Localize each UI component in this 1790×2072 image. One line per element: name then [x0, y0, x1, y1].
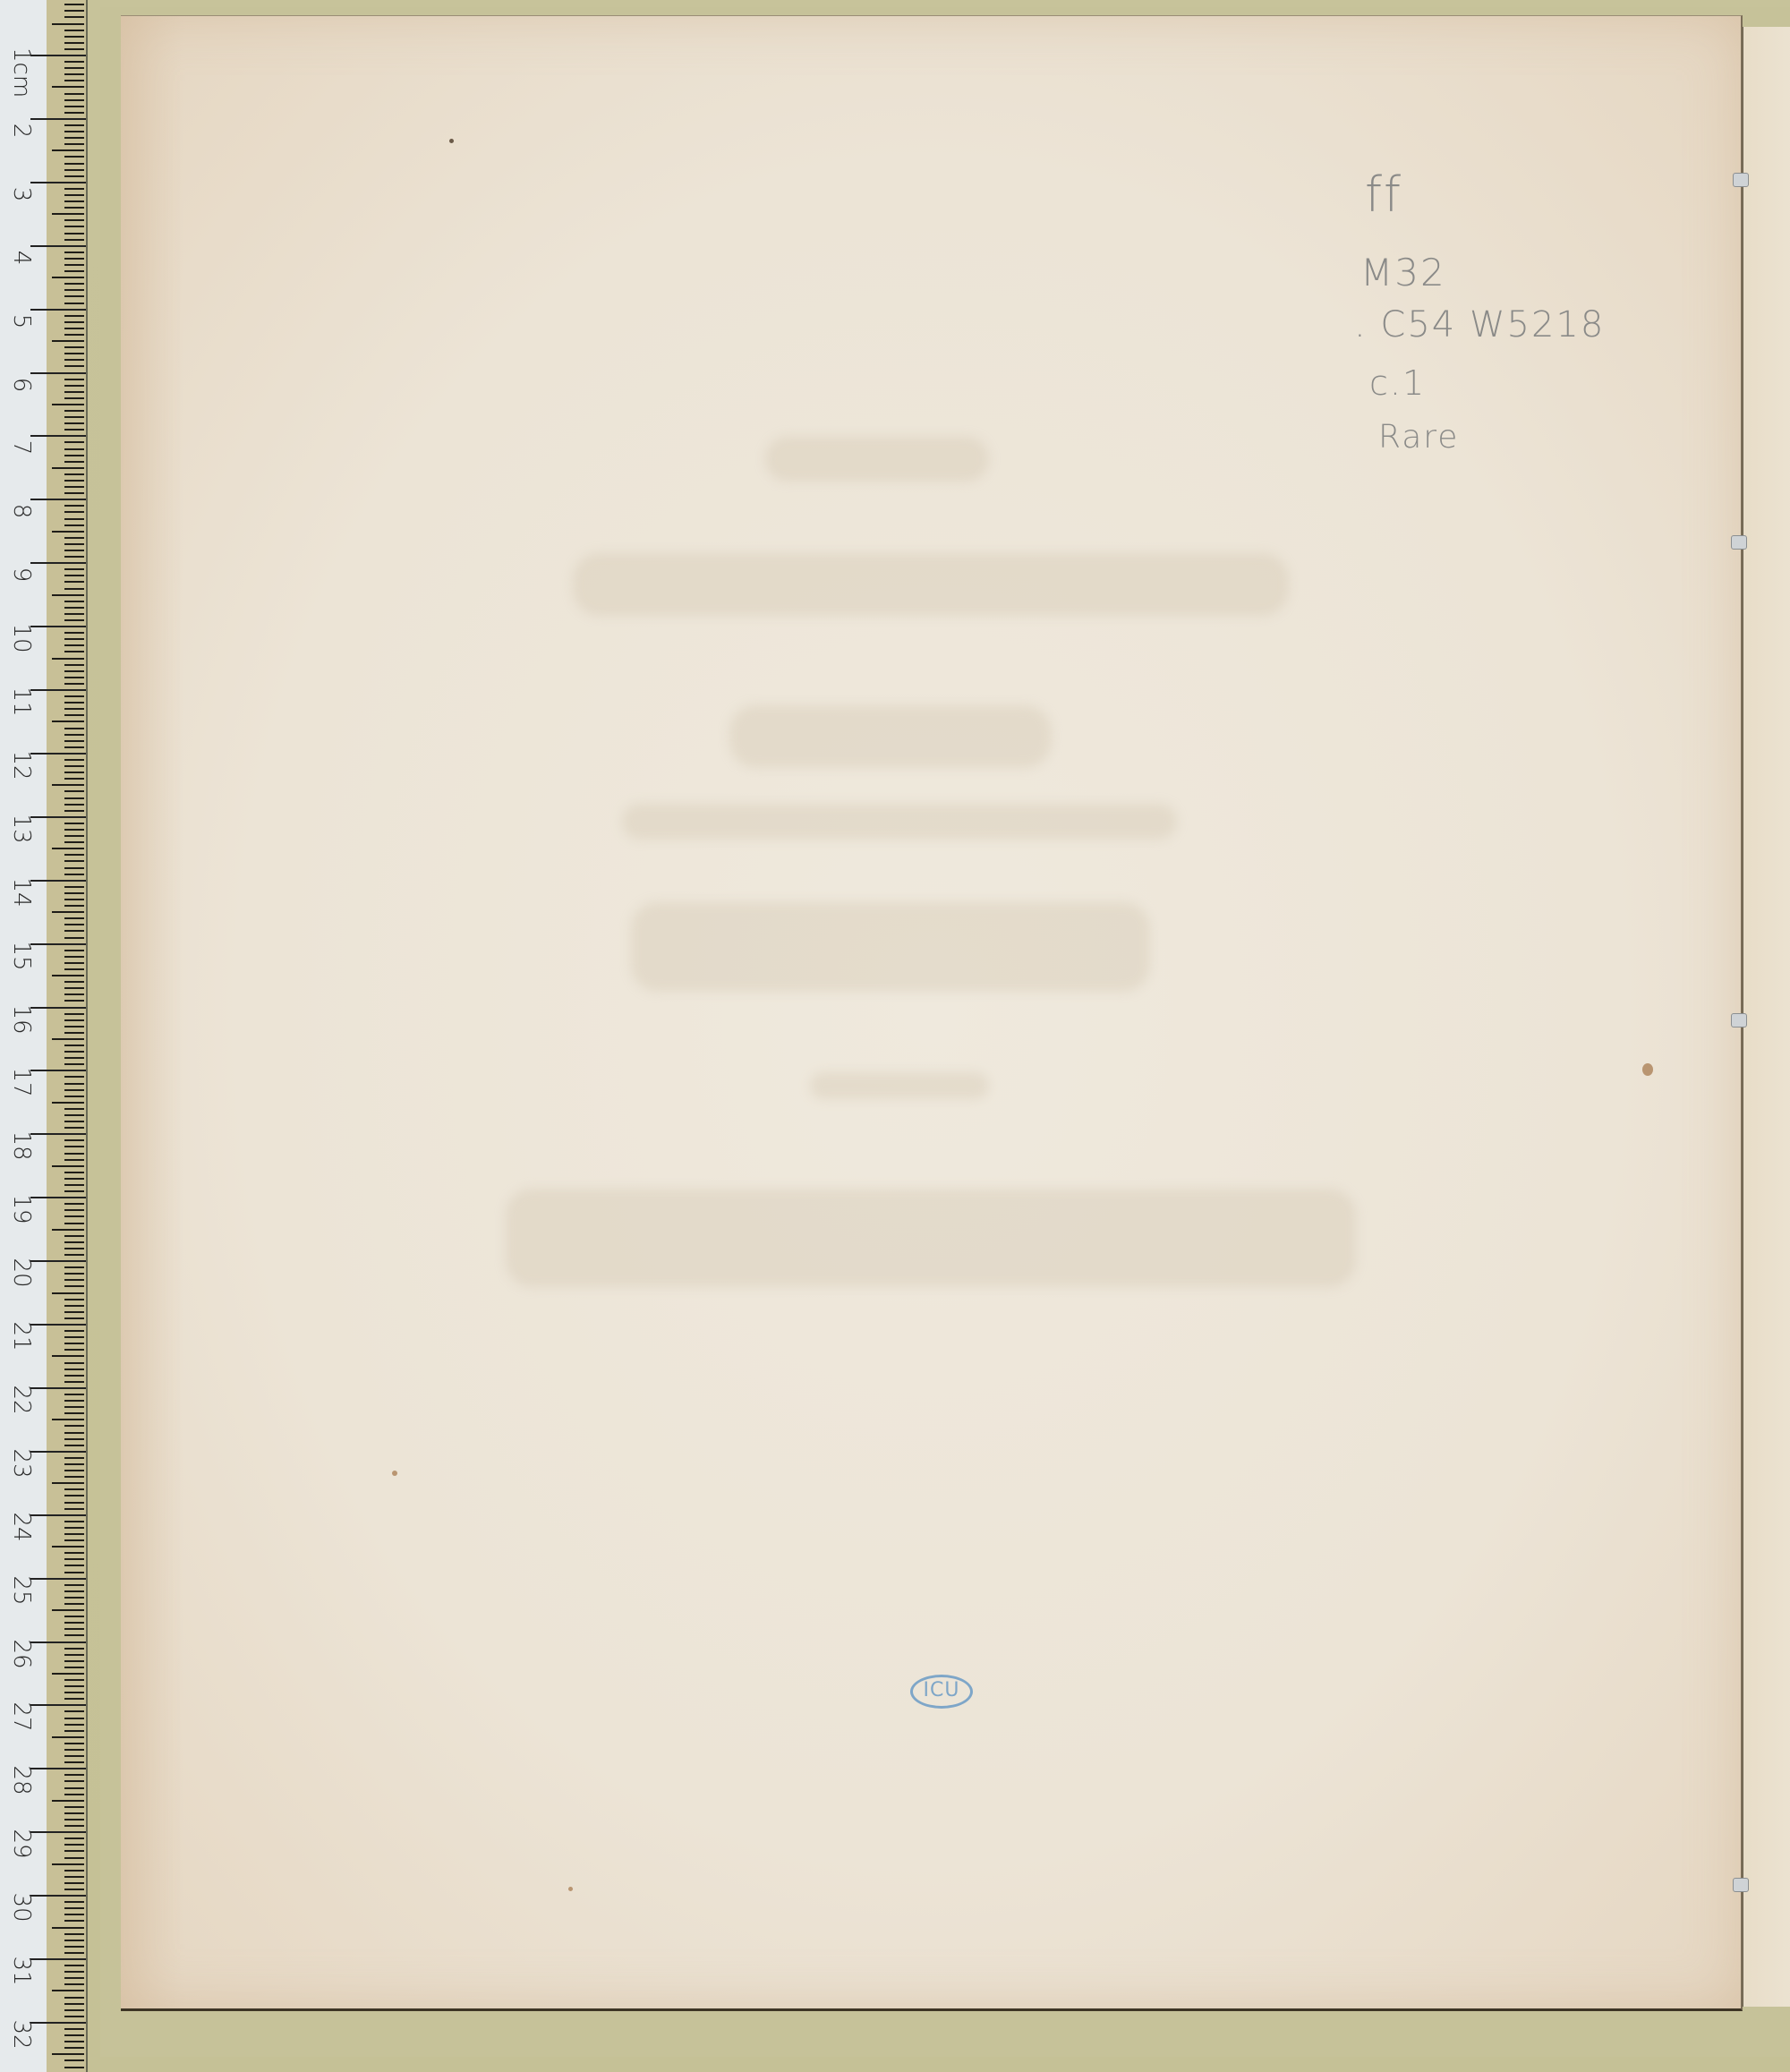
ruler-tick: [64, 702, 84, 703]
ruler-tick: [64, 1502, 84, 1504]
ruler-tick: [64, 1622, 84, 1624]
library-stamp: ICU: [910, 1675, 973, 1709]
ruler-tick: [64, 993, 84, 995]
ruler-tick: [30, 118, 86, 120]
ruler-tick: [64, 505, 84, 507]
ruler-tick: [64, 2067, 84, 2068]
ruler-tick: [52, 784, 84, 786]
ruler-tick: [52, 467, 84, 469]
ruler-tick: [64, 1667, 84, 1668]
ruler-tick: [64, 835, 84, 837]
ruler-tick: [64, 924, 84, 925]
ruler-tick: [64, 480, 84, 482]
ruler-label: 19: [8, 1189, 35, 1229]
ruler-tick: [64, 746, 84, 748]
ruler-tick: [64, 1203, 84, 1205]
ruler-tick: [64, 1343, 84, 1344]
ruler-label: 25: [8, 1571, 35, 1610]
ruler-tick: [30, 1007, 86, 1009]
ruler-tick: [64, 258, 84, 260]
ruler-tick: [64, 1794, 84, 1795]
ruler-tick: [64, 1051, 84, 1053]
ruler-tick: [64, 137, 84, 139]
ruler-tick: [64, 429, 84, 431]
ruler-tick: [52, 2053, 84, 2055]
foxing-spot: [392, 1471, 397, 1476]
ruler-label: 23: [8, 1444, 35, 1483]
ruler-tick: [30, 372, 86, 374]
ruler-tick: [64, 1940, 84, 1941]
ruler-tick: [64, 1806, 84, 1808]
ruler-tick: [64, 1178, 84, 1180]
ruler-tick: [64, 1761, 84, 1763]
ruler-tick: [64, 1305, 84, 1307]
ruler-tick: [64, 1692, 84, 1693]
ruler-tick: [64, 1279, 84, 1281]
ruler-tick: [64, 778, 84, 780]
ruler-label: 24: [8, 1507, 35, 1547]
ruler-label: 15: [8, 936, 35, 976]
ruler-tick: [52, 23, 84, 25]
ruler-tick: [64, 106, 84, 107]
ruler-tick: [64, 1330, 84, 1332]
ruler-tick: [64, 619, 84, 621]
ruler-tick: [52, 1927, 84, 1929]
ruler-tick: [64, 455, 84, 456]
ruler-tick: [64, 61, 84, 63]
ruler-tick: [52, 1165, 84, 1167]
ruler-tick: [64, 810, 84, 812]
ruler-tick: [64, 968, 84, 970]
ruler-tick: [64, 1882, 84, 1884]
ruler-label: 31: [8, 1951, 35, 1991]
ruler-tick: [64, 759, 84, 761]
ruler-tick: [30, 1895, 86, 1897]
ruler-tick: [30, 1704, 86, 1706]
ruler-tick: [64, 1032, 84, 1034]
ruler-tick: [64, 391, 84, 393]
ruler-tick: [64, 1914, 84, 1915]
ruler-tick: [64, 1654, 84, 1656]
ruler-tick: [52, 1800, 84, 1802]
ruler-label: 3: [8, 175, 35, 214]
ruler-tick: [64, 1997, 84, 1999]
ruler-tick: [52, 721, 84, 722]
ruler-tick: [52, 658, 84, 660]
ruler-tick: [64, 1254, 84, 1256]
ruler-tick: [64, 790, 84, 792]
ruler-tick: [30, 309, 86, 311]
ruler-tick: [64, 2041, 84, 2042]
ruler-tick: [64, 131, 84, 132]
ruler-tick: [52, 1673, 84, 1675]
ruler-tick: [64, 797, 84, 799]
ruler-tick: [64, 1660, 84, 1662]
ruler-tick: [64, 1114, 84, 1116]
ruler-tick: [30, 1451, 86, 1453]
ruler-tick: [64, 1857, 84, 1859]
adjacent-page-edge: [1742, 27, 1790, 2007]
ruler-tick: [64, 899, 84, 900]
ruler-tick: [64, 1572, 84, 1573]
ruler-tick: [64, 93, 84, 95]
ruler-tick: [64, 385, 84, 387]
ruler-tick: [64, 1045, 84, 1046]
ruler-label: 26: [8, 1634, 35, 1674]
ruler-tick: [64, 169, 84, 171]
ruler-tick: [64, 321, 84, 323]
ruler-tick: [64, 1000, 84, 1002]
ruler-tick: [64, 1552, 84, 1554]
ruler-tick: [30, 1197, 86, 1198]
ruler-tick: [64, 1127, 84, 1129]
ruler-tick: [64, 422, 84, 424]
ruler-tick: [30, 689, 86, 691]
ruler-tick: [64, 1425, 84, 1427]
ruler-tick: [64, 365, 84, 367]
ruler-label: 32: [8, 2015, 35, 2054]
ruler-label: 10: [8, 618, 35, 658]
ruler-tick: [64, 200, 84, 202]
staple: [1731, 1013, 1747, 1027]
ruler-tick: [64, 1375, 84, 1377]
ruler-tick: [64, 1495, 84, 1496]
ruler-tick: [64, 1812, 84, 1814]
ruler-tick: [64, 1946, 84, 1948]
ruler-tick: [64, 194, 84, 196]
ruler-tick: [52, 848, 84, 849]
staple: [1731, 535, 1747, 550]
ruler-tick: [64, 1470, 84, 1471]
ruler-tick: [64, 905, 84, 907]
ruler-tick: [64, 1755, 84, 1757]
ruler-tick: [30, 1260, 86, 1262]
ruler-tick: [30, 1324, 86, 1326]
ruler-tick: [64, 1457, 84, 1459]
ruler-tick: [64, 1819, 84, 1820]
ruler-tick: [64, 264, 84, 266]
ruler-tick: [64, 1311, 84, 1313]
ruler-tick: [64, 543, 84, 545]
ruler-tick: [30, 1831, 86, 1833]
ruler-tick: [64, 2009, 84, 2011]
ruler-tick: [64, 295, 84, 297]
ruler-tick: [64, 1685, 84, 1687]
ruler-tick: [30, 499, 86, 500]
ruler-tick: [64, 1476, 84, 1478]
ruler-tick: [64, 1096, 84, 1097]
ruler-label: 30: [8, 1888, 35, 1927]
foxing-spot: [568, 1887, 573, 1891]
ruler-tick: [52, 1546, 84, 1548]
ruler-tick: [30, 55, 86, 56]
ruler-tick: [64, 511, 84, 513]
ruler-tick: [64, 156, 84, 158]
ruler-tick: [64, 1273, 84, 1275]
ruler-tick: [64, 1223, 84, 1224]
ruler-tick: [64, 359, 84, 361]
ruler-tick: [64, 1400, 84, 1402]
ruler-tick: [64, 581, 84, 583]
ruler-tick: [64, 874, 84, 875]
ruler-tick: [64, 1628, 84, 1630]
ruler-tick: [64, 1616, 84, 1617]
ruler-tick: [64, 1920, 84, 1922]
ruler-tick: [64, 670, 84, 672]
ruler-tick: [64, 1876, 84, 1878]
ruler-tick: [64, 1743, 84, 1744]
ruler-tick: [64, 867, 84, 869]
ruler-label: 22: [8, 1380, 35, 1420]
ruler-tick: [64, 1679, 84, 1681]
ruler-tick: [64, 1774, 84, 1776]
ruler-label: 2: [8, 111, 35, 150]
ruler-label: 13: [8, 809, 35, 848]
ruler-tick: [64, 4, 84, 5]
ruler-tick: [64, 1146, 84, 1147]
ruler-tick: [64, 765, 84, 767]
ruler-label: 21: [8, 1317, 35, 1356]
ruler-tick: [52, 1419, 84, 1420]
ruler-tick: [64, 601, 84, 602]
ruler-tick: [64, 683, 84, 685]
ruler-tick: [52, 1229, 84, 1231]
foxing-spot: [449, 139, 454, 143]
ruler-tick: [64, 492, 84, 494]
ruler-tick: [64, 1558, 84, 1560]
ruler-tick: [64, 124, 84, 126]
call-number-line-4: c.1: [1369, 363, 1426, 403]
measurement-ruler: 1cm2345678910111213141516171819202122232…: [0, 0, 88, 2072]
ruler-tick: [30, 816, 86, 818]
ruler-tick: [64, 1317, 84, 1319]
ruler-tick: [64, 607, 84, 609]
ruler-tick: [64, 734, 84, 736]
ruler-tick: [64, 353, 84, 354]
ruler-tick: [64, 956, 84, 958]
ruler-label: 6: [8, 365, 35, 405]
ruler-tick: [64, 1121, 84, 1122]
ruler-tick: [64, 1508, 84, 1510]
ruler-tick: [64, 1172, 84, 1173]
ruler-tick: [64, 175, 84, 177]
ruler-tick: [52, 1102, 84, 1104]
ruler-tick: [64, 638, 84, 640]
ruler-label: 17: [8, 1062, 35, 1102]
document-page: ff M32 . C54 W5218 c.1 Rare ICU: [121, 15, 1743, 2011]
ruler-tick: [52, 340, 84, 342]
ruler-tick: [64, 556, 84, 558]
ruler-tick: [64, 1412, 84, 1414]
ruler-tick: [30, 753, 86, 755]
ruler-tick: [64, 854, 84, 856]
ruler-tick: [64, 1844, 84, 1846]
ruler-tick: [64, 1445, 84, 1446]
ruler-label: 11: [8, 682, 35, 721]
ruler-tick: [64, 1362, 84, 1364]
ruler-tick: [64, 714, 84, 716]
ruler-tick: [64, 644, 84, 646]
ruler-tick: [64, 1521, 84, 1522]
ruler-tick: [64, 252, 84, 253]
ruler-tick: [64, 219, 84, 221]
call-number-line-3: . C54 W5218: [1354, 304, 1605, 345]
ruler-tick: [64, 1965, 84, 1966]
ruler-tick: [64, 410, 84, 412]
ruler-tick: [64, 1838, 84, 1839]
ruler-tick: [30, 1641, 86, 1643]
ruler-tick: [64, 550, 84, 551]
ruler-tick: [30, 880, 86, 882]
ruler-tick: [64, 2059, 84, 2061]
ruler-label: 28: [8, 1761, 35, 1800]
ruler-tick: [64, 226, 84, 227]
ruler-tick: [64, 1159, 84, 1161]
ruler-tick: [30, 1387, 86, 1389]
ruler-tick: [64, 1698, 84, 1700]
ruler-tick: [52, 213, 84, 215]
ruler-tick: [64, 1463, 84, 1465]
ruler-tick: [64, 1369, 84, 1370]
ruler-tick: [64, 42, 84, 44]
ruler-tick: [64, 1565, 84, 1566]
ruler-tick: [64, 1215, 84, 1217]
ruler-tick: [64, 1648, 84, 1650]
ruler-tick: [64, 16, 84, 18]
ruler-tick: [52, 1482, 84, 1484]
ruler-tick: [52, 149, 84, 151]
ruler-tick: [64, 917, 84, 919]
ruler-tick: [64, 461, 84, 463]
ruler-tick: [64, 1901, 84, 1903]
ruler-tick: [52, 1609, 84, 1611]
ruler-tick: [64, 1889, 84, 1890]
ruler-tick: [64, 1634, 84, 1636]
ruler-tick: [64, 740, 84, 742]
ruler-tick: [64, 1057, 84, 1059]
ruler-label: 4: [8, 238, 35, 277]
ruler-tick: [52, 1736, 84, 1738]
ruler-tick: [64, 1089, 84, 1091]
ruler-tick: [64, 1266, 84, 1268]
ruler-tick: [52, 277, 84, 278]
ruler-label: 5: [8, 302, 35, 341]
ruler-tick: [64, 695, 84, 697]
ruler-tick: [64, 1336, 84, 1338]
ruler-tick: [64, 73, 84, 75]
ruler-tick: [64, 860, 84, 862]
ruler-tick: [52, 531, 84, 533]
ruler-tick: [64, 289, 84, 291]
ruler-tick: [30, 182, 86, 183]
ruler-tick: [52, 1863, 84, 1865]
ruler-tick: [64, 677, 84, 678]
ruler-tick: [64, 728, 84, 729]
ruler-tick: [64, 981, 84, 983]
ruler-tick: [64, 588, 84, 590]
ruler-tick: [30, 2022, 86, 2024]
ruler-label: 12: [8, 746, 35, 785]
ruler-tick: [64, 930, 84, 932]
ruler-tick: [52, 1038, 84, 1040]
foxing-spot: [1642, 1063, 1653, 1076]
ruler-label: 29: [8, 1824, 35, 1863]
ruler-tick: [64, 99, 84, 101]
ruler-tick: [64, 1184, 84, 1186]
staple: [1733, 1878, 1749, 1892]
ruler-tick: [64, 1488, 84, 1490]
ruler-tick: [64, 2028, 84, 2030]
ruler-label: 8: [8, 491, 35, 531]
ruler-tick: [30, 626, 86, 627]
call-number-line-1: ff: [1365, 166, 1402, 223]
ruler-tick: [64, 1718, 84, 1719]
ruler-tick: [64, 1710, 84, 1712]
ruler-tick: [64, 80, 84, 81]
ruler-tick: [30, 1578, 86, 1580]
ruler-label: 7: [8, 428, 35, 467]
ruler-tick: [64, 1190, 84, 1192]
ruler-tick: [64, 1730, 84, 1732]
ruler-tick: [64, 303, 84, 304]
ruler-tick: [64, 1438, 84, 1440]
ruler-tick: [64, 1139, 84, 1141]
ruler-tick: [64, 651, 84, 652]
ruler-tick: [64, 1780, 84, 1782]
ruler-tick: [64, 1432, 84, 1434]
ruler-tick: [64, 30, 84, 31]
ruler-tick: [64, 1603, 84, 1605]
ruler-tick: [30, 1514, 86, 1516]
ruler-tick: [64, 1533, 84, 1535]
ruler-tick: [64, 1235, 84, 1237]
ruler-tick: [64, 892, 84, 894]
ruler-tick: [64, 568, 84, 570]
ruler-tick: [64, 473, 84, 475]
ruler-tick: [64, 143, 84, 145]
ruler-tick: [64, 1907, 84, 1909]
ruler-tick: [64, 950, 84, 951]
ruler-tick: [64, 1983, 84, 1985]
ruler-tick: [52, 911, 84, 913]
ruler-label: 14: [8, 873, 35, 912]
ruler-tick: [30, 1133, 86, 1135]
ruler-tick: [64, 886, 84, 888]
ruler-tick: [64, 2047, 84, 2049]
ruler-tick: [64, 1749, 84, 1751]
ruler-tick: [64, 441, 84, 443]
ruler-tick: [64, 10, 84, 12]
ruler-tick: [64, 537, 84, 539]
ruler-tick: [64, 524, 84, 526]
ruler-tick: [64, 632, 84, 634]
ruler-tick: [30, 943, 86, 945]
ruler-tick: [64, 1019, 84, 1021]
ruler-tick: [64, 1381, 84, 1383]
ruler-tick: [64, 1063, 84, 1065]
ruler-tick: [64, 1083, 84, 1085]
ruler-tick: [64, 239, 84, 241]
ruler-tick: [64, 1406, 84, 1408]
ruler-label: 18: [8, 1126, 35, 1165]
ruler-tick: [64, 1825, 84, 1827]
ruler-tick: [64, 1527, 84, 1529]
ruler-tick: [64, 772, 84, 773]
ruler-tick: [64, 315, 84, 317]
ruler-tick: [64, 416, 84, 418]
ruler-tick: [64, 1285, 84, 1287]
ruler-tick: [64, 448, 84, 450]
